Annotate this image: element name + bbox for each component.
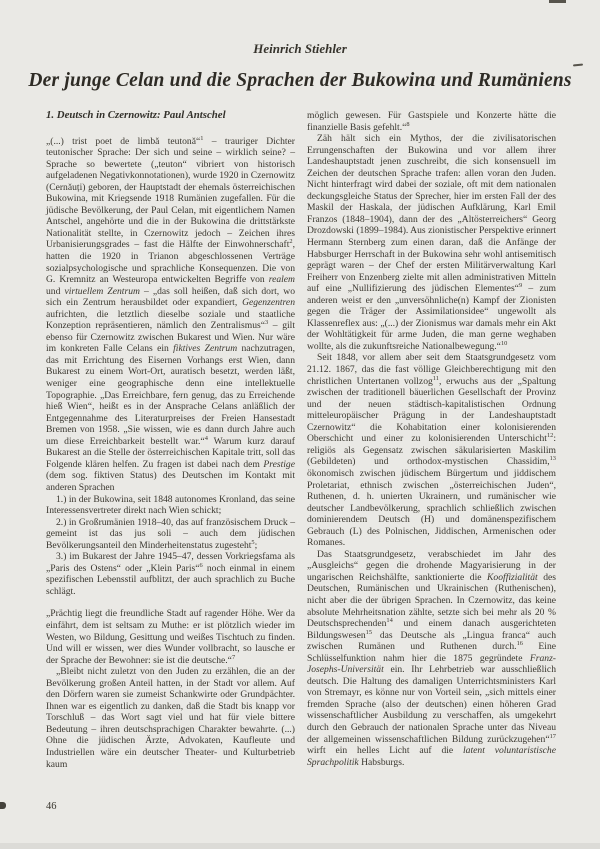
left-column: 1. Deutsch in Czernowitz: Paul Antschel … <box>46 110 295 770</box>
footnote-marker: 13 <box>550 455 556 462</box>
right-column: möglich gewesen. Für Gastspiele und Konz… <box>307 110 556 770</box>
scan-artifact <box>549 0 566 3</box>
page-number: 46 <box>46 801 57 812</box>
page-author: Heinrich Stiehler <box>0 0 600 57</box>
paragraph: Zäh hält sich ein Mythos, der die zivili… <box>307 133 556 352</box>
paragraph: 3.) im Bukarest der Jahre 1945–47, desse… <box>46 551 295 597</box>
paragraph: 1.) in der Bukowina, seit 1848 autonomes… <box>46 494 295 517</box>
paragraph: Seit 1848, vor allem aber seit dem Staat… <box>307 352 556 548</box>
paragraph: „Bleibt nicht zuletzt von den Juden zu e… <box>46 666 295 770</box>
paragraph: „Prächtig liegt die freundliche Stadt au… <box>46 608 295 666</box>
paragraph: „(...) trist poet de limbă teutonă“1 – t… <box>46 136 295 494</box>
footnote-marker: 7 <box>232 653 235 660</box>
page: Heinrich Stiehler Der junge Celan und di… <box>0 0 600 849</box>
scan-artifact <box>0 843 600 849</box>
left-column-text: „(...) trist poet de limbă teutonă“1 – t… <box>46 136 295 771</box>
right-column-text: möglich gewesen. Für Gastspiele und Konz… <box>307 110 556 768</box>
paragraph: 2.) in Großrumänien 1918–40, das auf fra… <box>46 517 295 552</box>
page-title: Der junge Celan und die Sprachen der Buk… <box>0 70 600 92</box>
paragraph: möglich gewesen. Für Gastspiele und Konz… <box>307 110 556 133</box>
scan-artifact <box>0 802 6 809</box>
footnote-marker: 17 <box>550 732 556 739</box>
paragraph: Das Staatsgrundgesetz, verabschiedet im … <box>307 549 556 768</box>
two-column-body: 1. Deutsch in Czernowitz: Paul Antschel … <box>0 92 600 770</box>
footnote-marker: 10 <box>501 340 507 347</box>
section-heading: 1. Deutsch in Czernowitz: Paul Antschel <box>46 110 295 122</box>
footnote-marker: 8 <box>406 120 409 127</box>
scan-artifact <box>573 63 583 66</box>
